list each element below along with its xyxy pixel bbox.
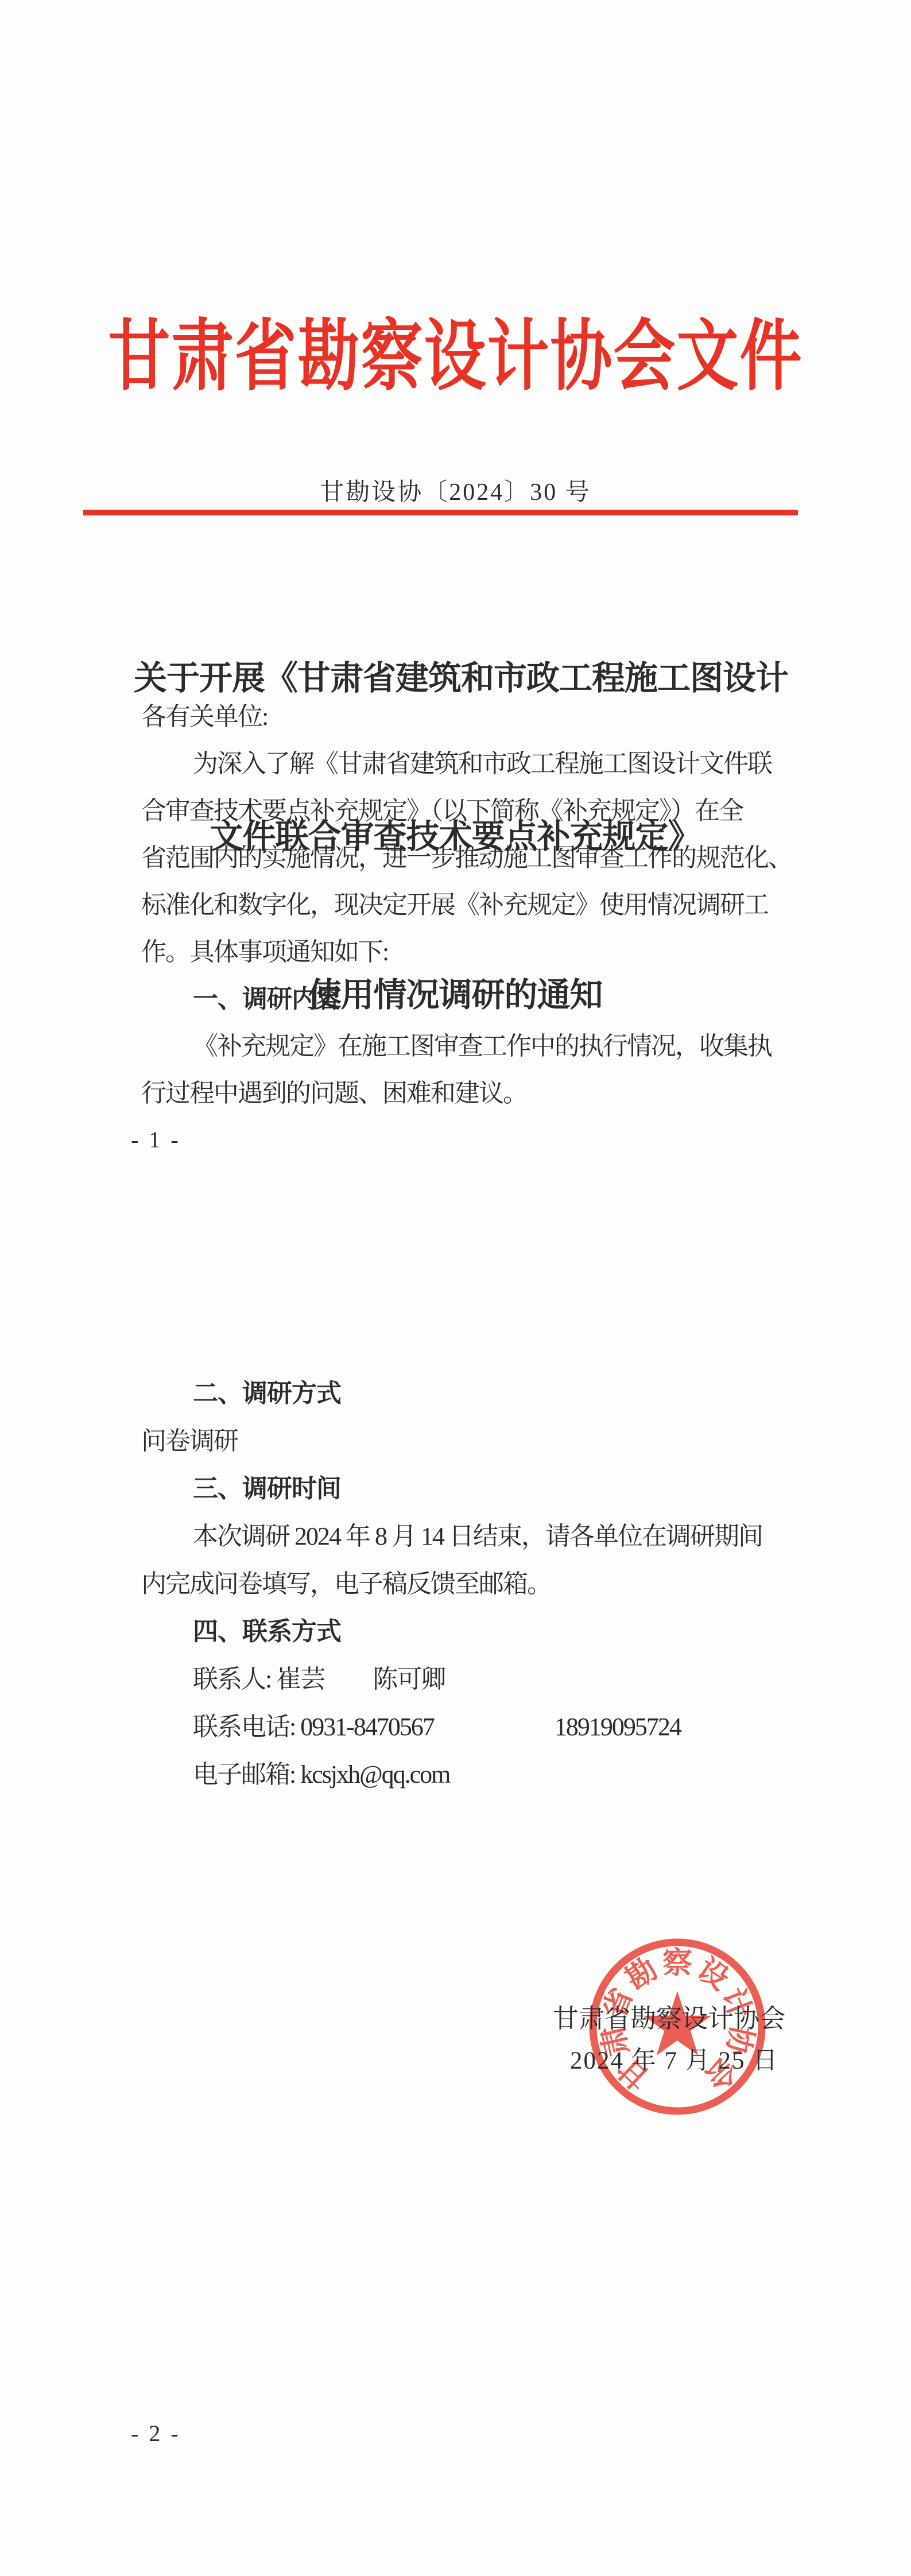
- page2-body-text: 二、调研方式问卷调研三、调研时间本次调研 2024 年 8 月 14 日结束，请…: [141, 1370, 796, 1798]
- body-line: 行过程中遇到的问题、困难和建议。: [141, 1070, 796, 1117]
- document-page: 甘肃省勘察设计协会文件 甘勘设协〔2024〕30 号 关于开展《甘肃省建筑和市政…: [0, 0, 911, 2576]
- page-number-2: - 2 -: [131, 2420, 181, 2447]
- body-line: 各有关单位:: [141, 693, 796, 740]
- signature-date: 2024 年 7 月 25 日: [570, 2041, 778, 2076]
- page1-body-text: 各有关单位:为深入了解《甘肃省建筑和市政工程施工图设计文件联合审查技术要点补充规…: [141, 693, 796, 1117]
- body-line: 联系电话: 0931-8470567 18919095724: [141, 1703, 796, 1751]
- red-header-org-title: 甘肃省勘察设计协会文件: [0, 294, 911, 405]
- section-heading: 三、调研时间: [141, 1465, 796, 1512]
- body-line: 省范围内的实施情况，进一步推动施工图审查工作的规范化、: [141, 835, 796, 882]
- body-line: 《补充规定》在施工图审查工作中的执行情况，收集执: [141, 1023, 796, 1070]
- body-line: 标准化和数字化，现决定开展《补充规定》使用情况调研工: [141, 882, 796, 929]
- seal-ring-char: 察: [662, 1947, 692, 1980]
- section-heading: 四、联系方式: [141, 1608, 796, 1655]
- body-line: 作。具体事项通知如下:: [141, 929, 796, 976]
- body-line: 联系人: 崔芸 陈可卿: [141, 1655, 796, 1703]
- body-line: 合审查技术要点补充规定》（以下简称《补充规定》）在全: [141, 787, 796, 835]
- page-number-1: - 1 -: [131, 1126, 181, 1153]
- body-line: 为深入了解《甘肃省建筑和市政工程施工图设计文件联: [141, 740, 796, 787]
- document-number: 甘勘设协〔2024〕30 号: [0, 473, 911, 507]
- section-heading: 一、调研内容: [141, 976, 796, 1023]
- body-line: 问卷调研: [141, 1417, 796, 1465]
- body-line: 内完成问卷填写，电子稿反馈至邮箱。: [141, 1560, 796, 1608]
- body-line: 本次调研 2024 年 8 月 14 日结束，请各单位在调研期间: [141, 1512, 796, 1560]
- section-heading: 二、调研方式: [141, 1370, 796, 1417]
- red-separator-rule: [83, 510, 798, 515]
- body-line: 电子邮箱: kcsjxh@qq.com: [141, 1751, 796, 1798]
- signature-org-name: 甘肃省勘察设计协会: [553, 1997, 785, 2035]
